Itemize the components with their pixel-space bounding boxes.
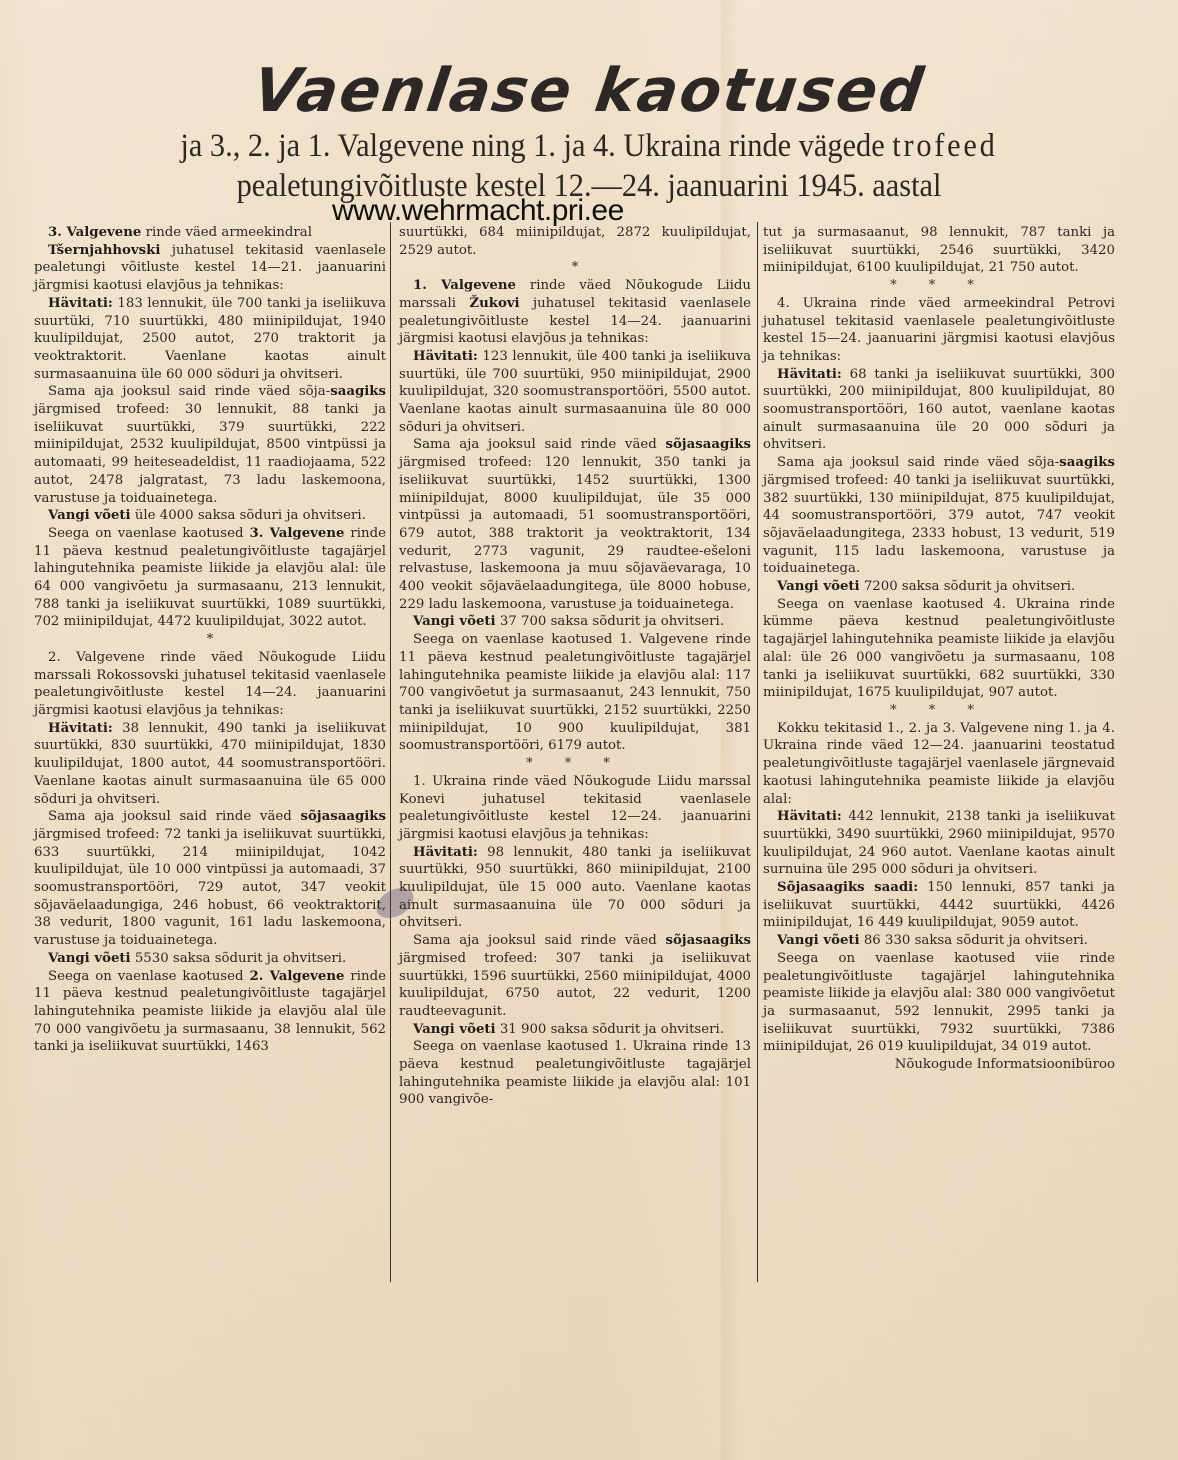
bold-phrase: Vangi võeti: [48, 951, 131, 966]
bold-phrase: Vangi võeti: [413, 614, 496, 629]
bold-phrase: saagiks: [330, 384, 386, 399]
text-run: Sama aja jooksul said rinde väed sõja-: [48, 384, 330, 399]
subtitle-spaced-word: trofeed: [892, 128, 997, 164]
bold-phrase: Hävitati:: [413, 349, 478, 364]
paragraph: Hävitati: 68 tanki ja iseliikuvat suurtü…: [763, 366, 1115, 455]
paragraph: 4. Ukraina rinde väed armeekindral Petro…: [763, 295, 1115, 366]
paragraph: Seega on vaenlase kaotused 3. Valgevene …: [34, 525, 386, 631]
paragraph: Sama aja jooksul said rinde väed sõjasaa…: [399, 436, 751, 613]
bold-phrase: Hävitati:: [777, 367, 842, 382]
text-run: 2. Valgevene rinde väed Nõukogude Liidu …: [34, 650, 386, 718]
text-run: Sama aja jooksul said rinde väed sõja-: [777, 455, 1059, 470]
text-run: 7200 saksa sõdurit ja ohvitseri.: [860, 579, 1076, 594]
bold-phrase: sõjasaagiks: [665, 933, 751, 948]
bold-phrase: 3. Valgevene: [249, 526, 344, 541]
text-run: suurtükki, 684 miinipildujat, 2872 kuuli…: [399, 225, 751, 258]
text-run: 1. Ukraina rinde väed Nõukogude Liidu ma…: [399, 774, 751, 842]
bold-phrase: 1. Valgevene: [413, 278, 516, 293]
bold-phrase: Hävitati:: [48, 296, 113, 311]
text-run: Sama aja jooksul said rinde väed: [413, 933, 665, 948]
column-rule: [390, 222, 391, 1282]
bold-phrase: Tšernjahhovski: [48, 243, 160, 258]
text-run: järgmised trofeed: 30 lennukit, 88 tanki…: [34, 402, 386, 506]
bold-phrase: Vangi võeti: [413, 1022, 496, 1037]
paragraph: Sama aja jooksul said rinde väed sõjasaa…: [399, 932, 751, 1021]
paragraph: Sama aja jooksul said rinde väed sõja-sa…: [34, 383, 386, 507]
text-run: järgmised trofeed: 40 tanki ja iseliikuv…: [763, 473, 1115, 577]
text-run: rinde 11 päeva kestnud pealetungivõitlus…: [34, 526, 386, 630]
text-run: rinde väed armeekindral: [141, 225, 312, 240]
headline: Vaenlase kaotused: [0, 58, 1178, 124]
text-run: 5530 saksa sõdurit ja ohvitseri.: [131, 951, 347, 966]
text-run: järgmised trofeed: 72 tanki ja iseliikuv…: [34, 827, 386, 948]
paragraph: Hävitati: 123 lennukit, üle 400 tanki ja…: [399, 348, 751, 437]
paragraph: Sama aja jooksul said rinde väed sõjasaa…: [34, 808, 386, 950]
bold-phrase: 3. Valgevene: [48, 225, 141, 240]
paragraph: Seega on vaenlase kaotused 1. Valgevene …: [399, 631, 751, 755]
signature: Nõukogude Informatsioonibüroo: [763, 1056, 1115, 1074]
bold-phrase: sõjasaagiks: [665, 437, 751, 452]
text-run: 4. Ukraina rinde väed armeekindral Petro…: [763, 296, 1115, 364]
bold-phrase: Hävitati:: [777, 809, 842, 824]
paragraph: 2. Valgevene rinde väed Nõukogude Liidu …: [34, 649, 386, 720]
paragraph: Vangi võeti 5530 saksa sõdurit ja ohvits…: [34, 950, 386, 968]
paragraph: Hävitati: 38 lennukit, 490 tanki ja isel…: [34, 720, 386, 809]
text-run: üle 4000 saksa sõduri ja ohvitseri.: [131, 508, 366, 523]
bold-phrase: 2. Valgevene: [249, 969, 344, 984]
text-run: Kokku tekitasid 1., 2. ja 3. Valgevene n…: [763, 721, 1115, 807]
paragraph: Hävitati: 183 lennukit, üle 700 tanki ja…: [34, 295, 386, 384]
bold-phrase: sõjasaagiks: [300, 809, 386, 824]
paragraph: Vangi võeti üle 4000 saksa sõduri ja ohv…: [34, 507, 386, 525]
text-run: 31 900 saksa sõdurit ja ohvitseri.: [496, 1022, 724, 1037]
paragraph: Seega on vaenlase kaotused 1. Ukraina ri…: [399, 1038, 751, 1109]
paragraph: Vangi võeti 31 900 saksa sõdurit ja ohvi…: [399, 1021, 751, 1039]
subtitle-line-1-text: ja 3., 2. ja 1. Valgevene ning 1. ja 4. …: [180, 128, 892, 164]
paragraph: Kokku tekitasid 1., 2. ja 3. Valgevene n…: [763, 720, 1115, 809]
paragraph: Vangi võeti 37 700 saksa sõdurit ja ohvi…: [399, 613, 751, 631]
text-run: tut ja surmasaanut, 98 lennukit, 787 tan…: [763, 225, 1115, 275]
text-run: 37 700 saksa sõdurit ja ohvitseri.: [496, 614, 724, 629]
text-run: Sama aja jooksul said rinde väed: [48, 809, 300, 824]
column-3: tut ja surmasaanut, 98 lennukit, 787 tan…: [763, 224, 1115, 1074]
paragraph: 1. Valgevene rinde väed Nõukogude Liidu …: [399, 277, 751, 348]
paragraph: Vangi võeti 86 330 saksa sõdurit ja ohvi…: [763, 932, 1115, 950]
paragraph: Sõjasaagiks saadi: 150 lennuki, 857 tank…: [763, 879, 1115, 932]
bold-phrase: Vangi võeti: [777, 933, 860, 948]
paragraph: suurtükki, 684 miinipildujat, 2872 kuuli…: [399, 224, 751, 259]
paragraph: Seega on vaenlase kaotused 4. Ukraina ri…: [763, 596, 1115, 702]
section-separator: *: [399, 259, 751, 277]
bold-phrase: Hävitati:: [413, 845, 478, 860]
bold-phrase: Sõjasaagiks saadi:: [777, 880, 918, 895]
text-run: Seega on vaenlase kaotused 4. Ukraina ri…: [763, 597, 1115, 701]
text-run: Sama aja jooksul said rinde väed: [413, 437, 665, 452]
paragraph: tut ja surmasaanut, 98 lennukit, 787 tan…: [763, 224, 1115, 277]
subtitle-line-1: ja 3., 2. ja 1. Valgevene ning 1. ja 4. …: [47, 126, 1131, 166]
text-run: Seega on vaenlase kaotused 1. Valgevene …: [399, 632, 751, 753]
bold-phrase: Žukovi: [469, 296, 519, 311]
paragraph: 1. Ukraina rinde väed Nõukogude Liidu ma…: [399, 773, 751, 844]
section-separator: * * *: [399, 755, 751, 773]
paragraph: Seega on vaenlase kaotused 2. Valgevene …: [34, 968, 386, 1057]
paragraph: Hävitati: 442 lennukit, 2138 tanki ja is…: [763, 808, 1115, 879]
bold-phrase: Vangi võeti: [48, 508, 131, 523]
paragraph: Vangi võeti 7200 saksa sõdurit ja ohvits…: [763, 578, 1115, 596]
text-run: Seega on vaenlase kaotused: [48, 526, 249, 541]
bold-phrase: saagiks: [1059, 455, 1115, 470]
paragraph: Sama aja jooksul said rinde väed sõja-sa…: [763, 454, 1115, 578]
newspaper-page: Vaenlase kaotused ja 3., 2. ja 1. Valgev…: [0, 0, 1178, 1460]
section-separator: *: [34, 631, 386, 649]
watermark: www.wehrmacht.pri.ee: [332, 194, 624, 228]
section-separator: * * *: [763, 702, 1115, 720]
column-1: 3. Valgevene rinde väed armeekindral Tše…: [34, 224, 386, 1056]
text-run: Seega on vaenlase kaotused 1. Ukraina ri…: [399, 1039, 751, 1107]
text-run: järgmised trofeed: 120 lennukit, 350 tan…: [399, 455, 751, 612]
paragraph: Hävitati: 98 lennukit, 480 tanki ja isel…: [399, 844, 751, 933]
paragraph: Tšernjahhovski juhatusel tekitasid vaenl…: [34, 242, 386, 295]
text-run: Seega on vaenlase kaotused viie rinde pe…: [763, 951, 1115, 1055]
text-run: 86 330 saksa sõdurit ja ohvitseri.: [860, 933, 1088, 948]
column-2: suurtükki, 684 miinipildujat, 2872 kuuli…: [399, 224, 751, 1109]
bold-phrase: Hävitati:: [48, 721, 113, 736]
text-run: järgmised trofeed: 307 tanki ja iseliiku…: [399, 951, 751, 1019]
column-rule: [757, 222, 758, 1282]
bold-phrase: Vangi võeti: [777, 579, 860, 594]
paragraph: Seega on vaenlase kaotused viie rinde pe…: [763, 950, 1115, 1056]
section-separator: * * *: [763, 277, 1115, 295]
text-run: Seega on vaenlase kaotused: [48, 969, 249, 984]
